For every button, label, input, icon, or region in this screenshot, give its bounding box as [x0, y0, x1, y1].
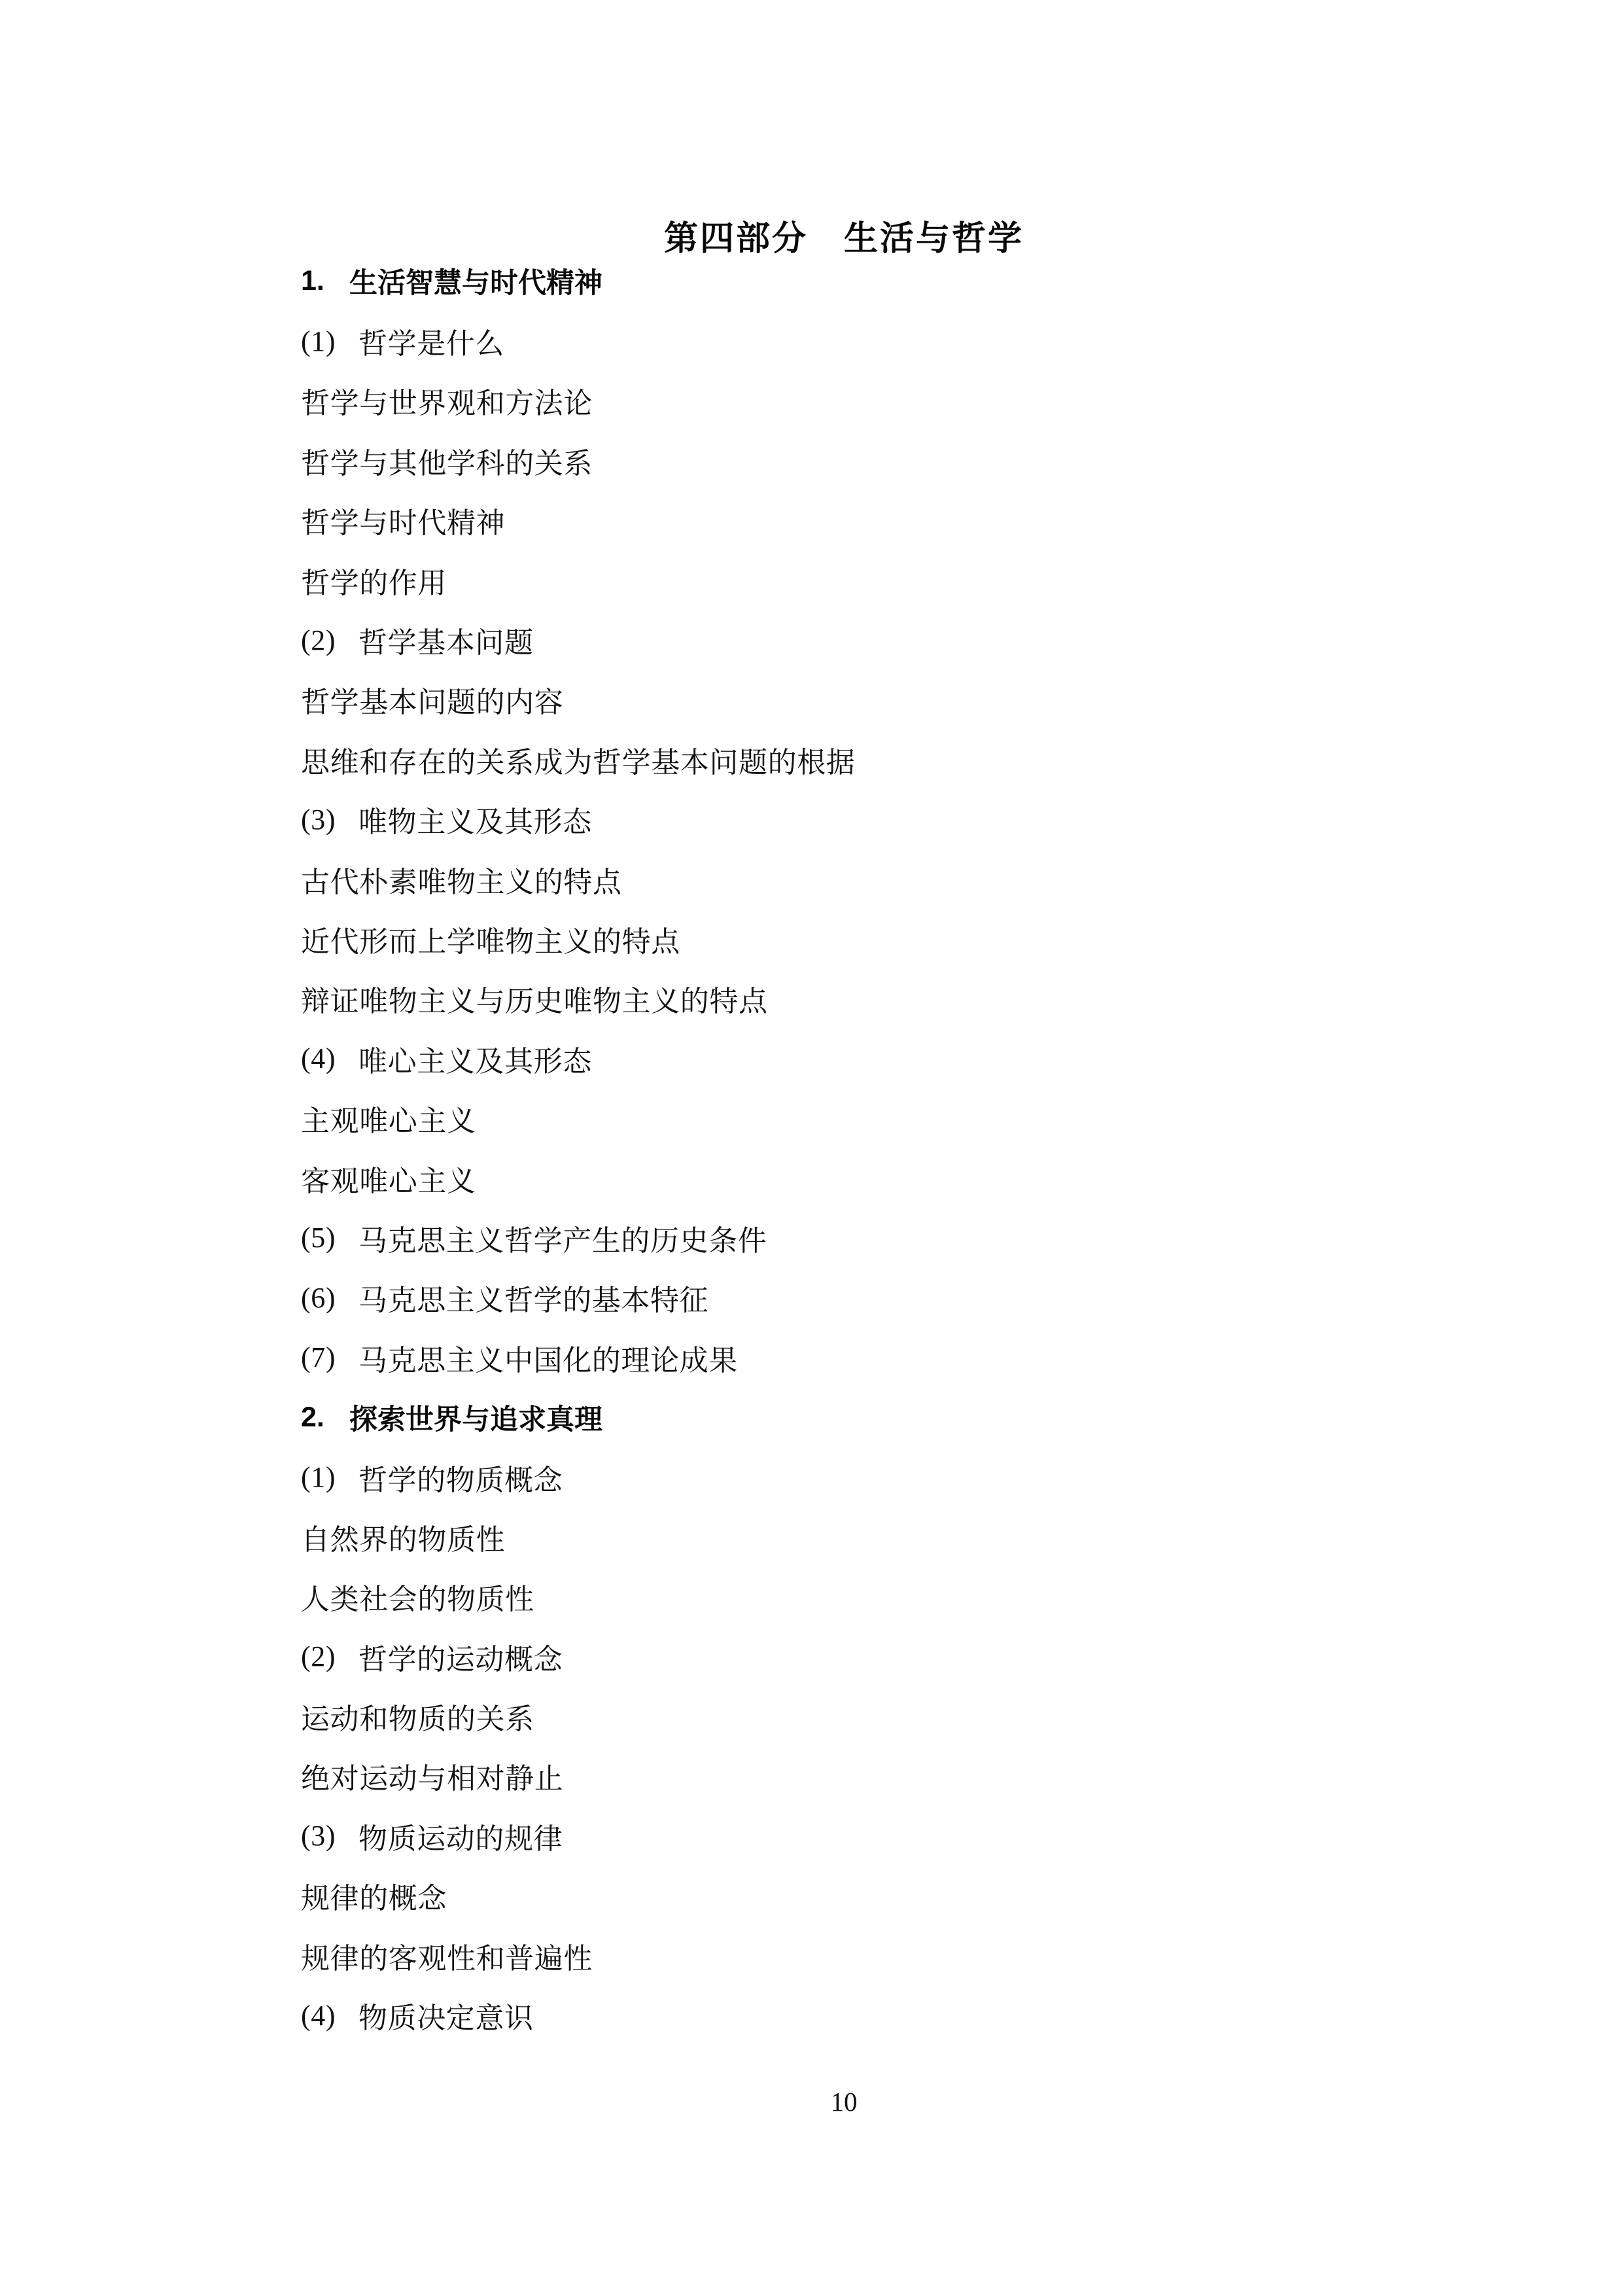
outline-line: 哲学与世界观和方法论 — [301, 371, 1478, 431]
line-text: 哲学与时代精神 — [301, 499, 505, 541]
line-number-prefix: (1) — [301, 1460, 358, 1494]
line-text: 哲学是什么 — [358, 320, 504, 362]
outline-line: 自然界的物质性 — [301, 1507, 1478, 1566]
outline-line: (1)哲学的物质概念 — [301, 1447, 1478, 1507]
line-text: 生活智慧与时代精神 — [349, 261, 602, 301]
line-text: 唯心主义及其形态 — [358, 1038, 592, 1080]
outline-line: 辩证唯物主义与历史唯物主义的特点 — [301, 969, 1478, 1029]
outline-line: 哲学的作用 — [301, 550, 1478, 610]
line-text: 客观唯心主义 — [301, 1157, 476, 1199]
line-text: 马克思主义哲学产生的历史条件 — [358, 1217, 767, 1259]
outline-line: (4)物质决定意识 — [301, 1985, 1478, 2045]
outline-line: (2)哲学基本问题 — [301, 610, 1478, 669]
outline-line: 人类社会的物质性 — [301, 1567, 1478, 1627]
line-number-prefix: (2) — [301, 624, 358, 657]
line-text: 古代朴素唯物主义的特点 — [301, 858, 622, 900]
line-text: 马克思主义哲学的基本特征 — [358, 1277, 708, 1318]
line-text: 思维和存在的关系成为哲学基本问题的根据 — [301, 739, 855, 781]
line-number-prefix: (4) — [301, 1042, 358, 1075]
line-text: 物质运动的规律 — [358, 1815, 563, 1857]
document-page: 第四部分 生活与哲学 1.生活智慧与时代精神(1)哲学是什么哲学与世界观和方法论… — [0, 0, 1623, 2296]
line-number-prefix: (7) — [301, 1341, 358, 1374]
line-text: 人类社会的物质性 — [301, 1576, 534, 1617]
outline-line: 古代朴素唯物主义的特点 — [301, 849, 1478, 909]
line-text: 哲学与世界观和方法论 — [301, 380, 593, 421]
section-heading-line: 1.生活智慧与时代精神 — [301, 251, 1478, 311]
outline-content: 1.生活智慧与时代精神(1)哲学是什么哲学与世界观和方法论哲学与其他学科的关系哲… — [301, 251, 1478, 2045]
line-number-prefix: 1. — [301, 265, 349, 297]
line-text: 规律的客观性和普遍性 — [301, 1935, 593, 1977]
line-text: 哲学与其他学科的关系 — [301, 440, 593, 482]
line-number-prefix: (6) — [301, 1281, 358, 1315]
line-number-prefix: (1) — [301, 325, 358, 358]
line-text: 哲学基本问题的内容 — [301, 679, 563, 720]
line-text: 运动和物质的关系 — [301, 1695, 534, 1737]
line-text: 绝对运动与相对静止 — [301, 1755, 563, 1797]
outline-line: 规律的客观性和普遍性 — [301, 1926, 1478, 1985]
line-text: 马克思主义中国化的理论成果 — [358, 1337, 738, 1379]
line-number-prefix: (2) — [301, 1640, 358, 1673]
line-number-prefix: (5) — [301, 1221, 358, 1254]
line-text: 探索世界与追求真理 — [349, 1398, 602, 1438]
outline-line: 哲学与其他学科的关系 — [301, 431, 1478, 490]
line-text: 唯物主义及其形态 — [358, 798, 592, 840]
line-text: 哲学的运动概念 — [358, 1636, 563, 1678]
outline-line: 哲学基本问题的内容 — [301, 670, 1478, 730]
outline-line: 客观唯心主义 — [301, 1148, 1478, 1208]
outline-line: 绝对运动与相对静止 — [301, 1746, 1478, 1806]
line-number-prefix: (4) — [301, 1999, 358, 2032]
line-text: 规律的概念 — [301, 1875, 447, 1916]
outline-line: (5)马克思主义哲学产生的历史条件 — [301, 1208, 1478, 1267]
line-text: 主观唯心主义 — [301, 1097, 476, 1139]
outline-line: 近代形而上学唯物主义的特点 — [301, 909, 1478, 968]
section-heading-line: 2.探索世界与追求真理 — [301, 1387, 1478, 1447]
line-number-prefix: (3) — [301, 1819, 358, 1852]
line-text: 近代形而上学唯物主义的特点 — [301, 918, 680, 960]
outline-line: 思维和存在的关系成为哲学基本问题的根据 — [301, 730, 1478, 789]
outline-line: 主观唯心主义 — [301, 1088, 1478, 1148]
outline-line: 规律的概念 — [301, 1866, 1478, 1926]
outline-line: (3)唯物主义及其形态 — [301, 790, 1478, 849]
outline-line: (4)唯心主义及其形态 — [301, 1029, 1478, 1088]
outline-line: (6)马克思主义哲学的基本特征 — [301, 1268, 1478, 1328]
outline-line: (7)马克思主义中国化的理论成果 — [301, 1328, 1478, 1387]
line-number-prefix: 2. — [301, 1402, 349, 1434]
line-text: 哲学基本问题 — [358, 619, 534, 661]
line-text: 哲学的作用 — [301, 559, 447, 601]
outline-line: 哲学与时代精神 — [301, 491, 1478, 550]
line-text: 辩证唯物主义与历史唯物主义的特点 — [301, 978, 768, 1019]
outline-line: 运动和物质的关系 — [301, 1686, 1478, 1746]
line-number-prefix: (3) — [301, 803, 358, 836]
page-number: 10 — [301, 2086, 1387, 2117]
outline-line: (2)哲学的运动概念 — [301, 1627, 1478, 1686]
line-text: 物质决定意识 — [358, 1994, 534, 2036]
line-text: 自然界的物质性 — [301, 1516, 505, 1558]
line-text: 哲学的物质概念 — [358, 1457, 563, 1498]
outline-line: (1)哲学是什么 — [301, 311, 1478, 370]
outline-line: (3)物质运动的规律 — [301, 1806, 1478, 1865]
